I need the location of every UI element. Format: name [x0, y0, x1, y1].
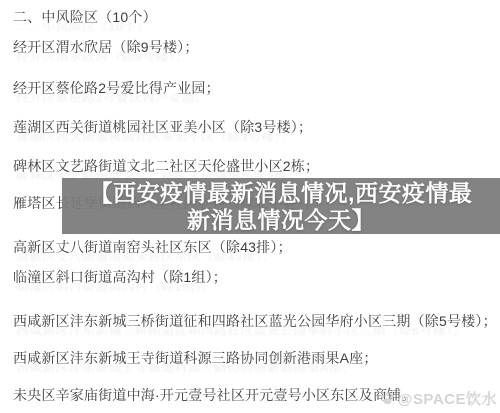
- banner-line-2: 新消息情况今天】: [62, 207, 500, 234]
- section-heading: 二、中风险区（10个）: [13, 7, 157, 27]
- banner-line-1: 【西安疫情最新消息情况,西安疫情最: [62, 180, 500, 207]
- risk-area-item: 高新区丈八街道南窑头社区东区（除43排）；: [13, 237, 292, 257]
- risk-area-item: 未央区辛家庙街道中海·开元壹号社区开元壹号小区东区及商铺。: [13, 385, 415, 405]
- watermark-title-banner: 【西安疫情最新消息情况,西安疫情最 新消息情况今天】: [62, 178, 500, 234]
- risk-area-item: 经开区蔡伦路2号爱比得产业园；: [13, 78, 220, 98]
- paw-icon: [380, 392, 395, 405]
- risk-area-item: 西咸新区沣东新城三桥街道征和四路社区蓝光公园华府小区三期（除5号楼）；: [13, 311, 497, 331]
- risk-area-item: 碑林区文艺路街道文北二社区天伦盛世小区2栋；: [13, 156, 319, 176]
- risk-area-item: 临潼区斜口街道高沟村（除1组）；: [13, 267, 227, 287]
- risk-area-item: 西咸新区沣东新城王寺街道科源三路协同创新港雨果A座；: [13, 348, 378, 368]
- author-watermark: @SPACE饮水: [380, 388, 497, 409]
- risk-area-item: 莲湖区西关街道桃园社区亚美小区（除3号楼）；: [13, 117, 312, 137]
- watermark-handle: @SPACE饮水: [398, 388, 497, 409]
- risk-area-item: 经开区渭水欣居（除9号楼）；: [13, 37, 199, 57]
- article-screenshot: 二、中风险区（10个） 经开区渭水欣居（除9号楼）； 经开区蔡伦路2号爱比得产业…: [0, 0, 500, 413]
